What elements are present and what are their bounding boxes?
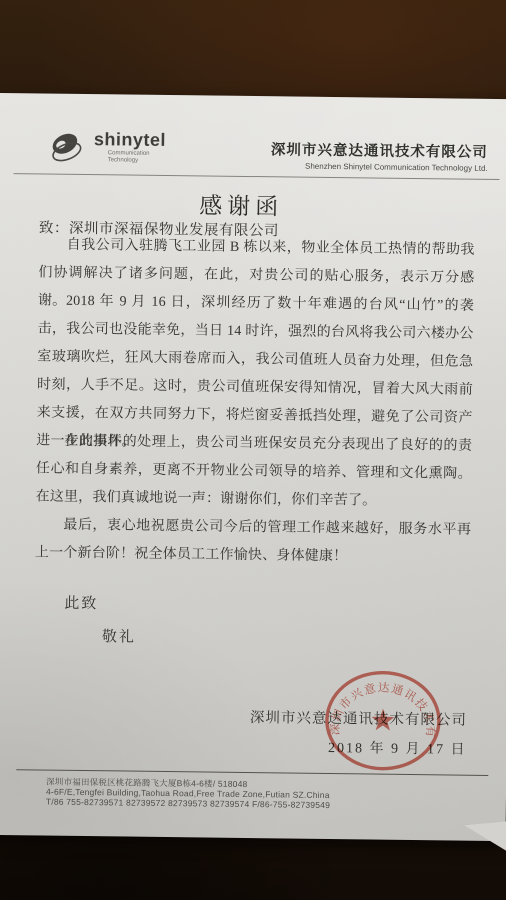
photo-background: shinytel Communication Technology 深圳市兴意达… [0,0,506,900]
logo-tagline: Communication Technology [108,150,166,165]
closing-cizhi: 此致 [64,592,98,613]
shinytel-logo-icon [46,130,88,169]
paragraph-3: 在此事件的处理上，贵公司当班保安员充分表现出了良好的的责任心和自身素养，更离不开… [35,427,472,516]
paragraph-4: 最后，衷心地祝愿贵公司今后的管理工作越来越好，服务水平再上一个新台阶！祝全体员工… [35,511,472,572]
paper-corner-fold [464,821,506,859]
company-name-cn: 深圳市兴意达通讯技术有限公司 [271,138,488,162]
letterhead-divider [14,173,500,180]
footer-block: 深圳市福田保税区桃花路腾飞大厦B栋4-6楼/ 518048 4-6F/E,Ten… [46,777,486,812]
letterhead: shinytel Communication Technology 深圳市兴意达… [46,130,488,173]
closing-jingli: 敬礼 [102,625,136,646]
letter-paper: shinytel Communication Technology 深圳市兴意达… [0,93,506,841]
star-icon [371,709,394,731]
logo-wordmark: shinytel [94,130,166,149]
company-seal-stamp: 深圳市兴意达通讯技术有限公司 [307,657,459,789]
company-name-block: 深圳市兴意达通讯技术有限公司 Shenzhen Shinytel Communi… [271,138,488,173]
logo: shinytel Communication Technology [46,130,166,169]
company-name-en: Shenzhen Shinytel Communication Technolo… [271,161,488,173]
logo-text: shinytel Communication Technology [94,130,166,165]
